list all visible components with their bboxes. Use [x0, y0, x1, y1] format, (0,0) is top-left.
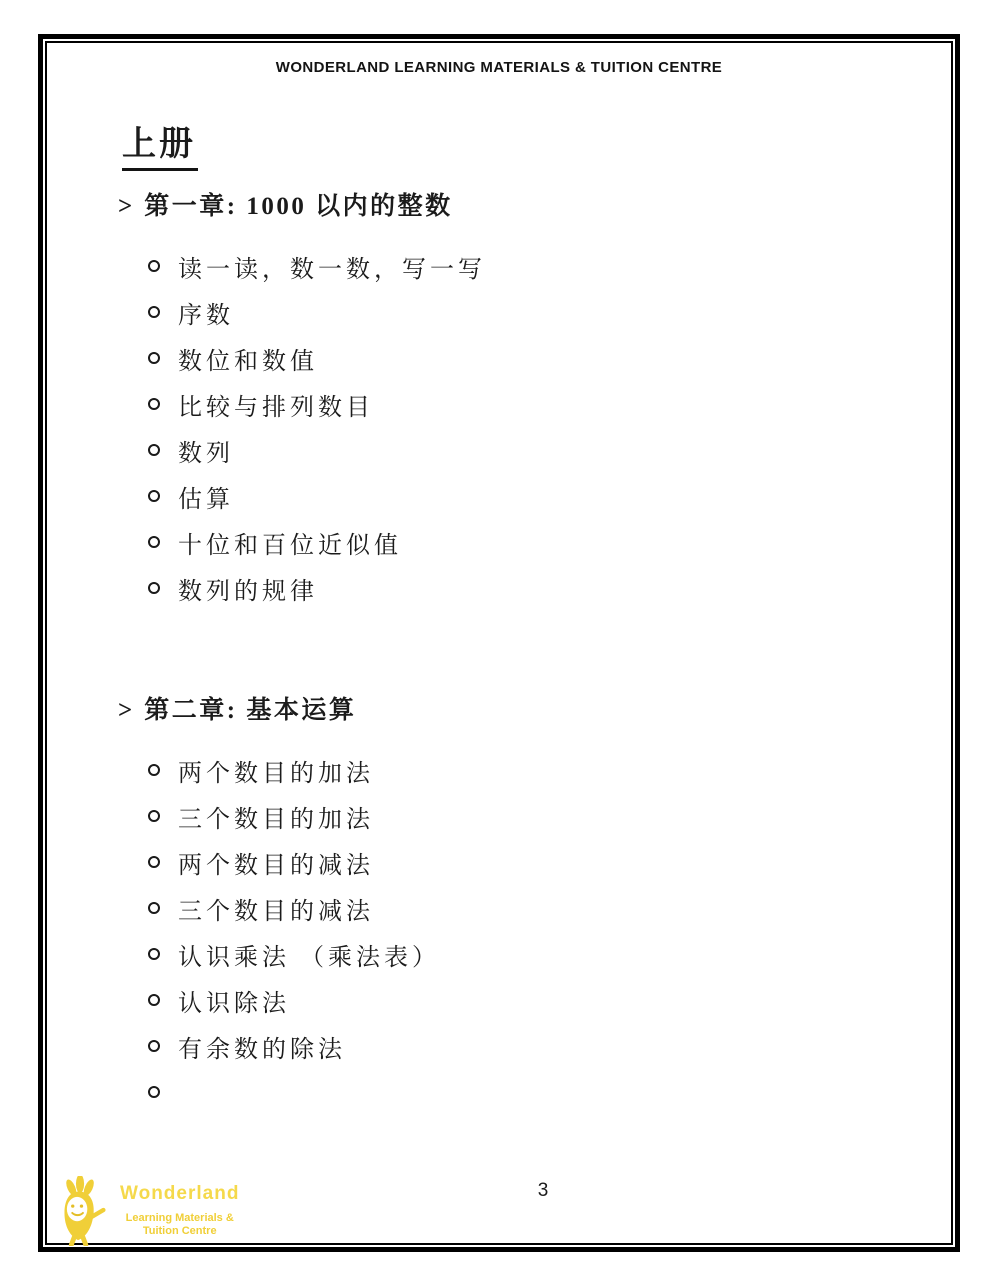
- logo-text-block: Wonderland Learning Materials & Tuition …: [120, 1176, 239, 1238]
- chapter-1-topic-list: 读一读，数一数，写一写 序数 数位和数值 比较与排列数目 数列 估算 十位和百位…: [118, 243, 898, 611]
- chapter-2-heading-text: 第二章: 基本运算: [144, 697, 356, 724]
- chapter-arrow-marker: >: [118, 694, 132, 728]
- chapter-arrow-marker: >: [118, 190, 132, 224]
- list-item: 两个数目的加法: [118, 747, 898, 793]
- circle-bullet-icon: [148, 810, 160, 822]
- circle-bullet-icon: [148, 1086, 160, 1098]
- list-item: 认识乘法 （乘法表）: [118, 931, 898, 977]
- circle-bullet-icon: [148, 352, 160, 364]
- chapter-1-section: >第一章: 1000 以内的整数 读一读，数一数，写一写 序数 数位和数值 比较…: [118, 190, 898, 611]
- circle-bullet-icon: [148, 582, 160, 594]
- list-item: 估算: [118, 473, 898, 519]
- chapter-2-heading: >第二章: 基本运算: [118, 694, 898, 728]
- chapter-1-heading-text: 第一章: 1000 以内的整数: [144, 193, 452, 220]
- chapter-2-section: >第二章: 基本运算 两个数目的加法 三个数目的加法 两个数目的减法 三个数目的…: [118, 694, 898, 1115]
- circle-bullet-icon: [148, 444, 160, 456]
- circle-bullet-icon: [148, 306, 160, 318]
- logo-name: Wonderland: [120, 1183, 239, 1205]
- circle-bullet-icon: [148, 1040, 160, 1052]
- wonderland-mascot-icon: [50, 1176, 112, 1246]
- document-header-title: WONDERLAND LEARNING MATERIALS & TUITION …: [0, 59, 998, 76]
- list-item: 序数: [118, 289, 898, 335]
- logo-subtitle-line2: Tuition Centre: [120, 1225, 239, 1238]
- circle-bullet-icon: [148, 536, 160, 548]
- list-item: 数列的规律: [118, 565, 898, 611]
- list-item: 三个数目的加法: [118, 793, 898, 839]
- chapter-1-heading: >第一章: 1000 以内的整数: [118, 190, 898, 224]
- circle-bullet-icon: [148, 260, 160, 272]
- list-item: 两个数目的减法: [118, 839, 898, 885]
- circle-bullet-icon: [148, 902, 160, 914]
- list-item: 数位和数值: [118, 335, 898, 381]
- circle-bullet-icon: [148, 490, 160, 502]
- list-item: 数列: [118, 427, 898, 473]
- circle-bullet-icon: [148, 398, 160, 410]
- circle-bullet-icon: [148, 994, 160, 1006]
- list-item: 有余数的除法: [118, 1023, 898, 1069]
- logo-subtitle: Learning Materials & Tuition Centre: [120, 1212, 239, 1238]
- list-item: [118, 1069, 898, 1115]
- list-item: 十位和百位近似值: [118, 519, 898, 565]
- volume-title: 上册: [122, 116, 198, 171]
- circle-bullet-icon: [148, 856, 160, 868]
- chapter-2-topic-list: 两个数目的加法 三个数目的加法 两个数目的减法 三个数目的减法 认识乘法 （乘法…: [118, 747, 898, 1115]
- list-item: 比较与排列数目: [118, 381, 898, 427]
- page-number: 3: [528, 1180, 558, 1202]
- circle-bullet-icon: [148, 948, 160, 960]
- list-item: 三个数目的减法: [118, 885, 898, 931]
- footer-logo: Wonderland Learning Materials & Tuition …: [50, 1176, 239, 1246]
- circle-bullet-icon: [148, 764, 160, 776]
- list-item: 认识除法: [118, 977, 898, 1023]
- logo-subtitle-line1: Learning Materials &: [120, 1212, 239, 1225]
- list-item: 读一读，数一数，写一写: [118, 243, 898, 289]
